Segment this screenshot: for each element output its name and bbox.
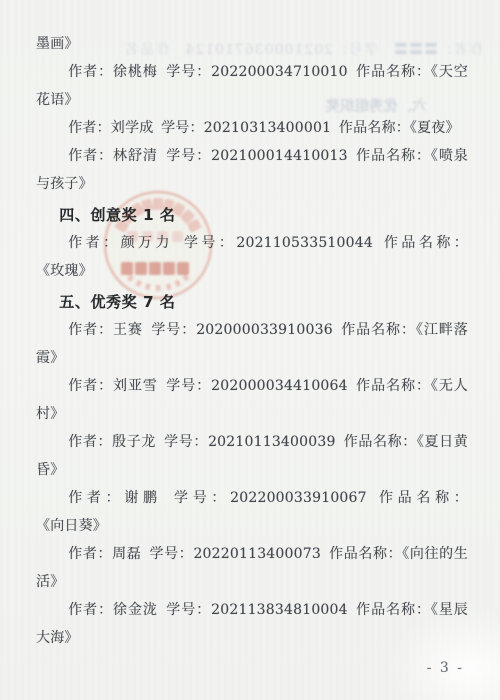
work-title-value: 《夏夜》 [410,120,460,136]
work-title-label: 作品名称： [355,64,430,80]
document-body: 墨画》作者：徐桃梅学号：202200034710010作品名称：《天空花语》作者… [36,30,468,652]
author-name: 刘亚雪 [113,378,158,394]
author-label: 作者： [68,235,120,251]
author-label: 作者： [68,602,113,618]
work-title-label: 作品名称： [355,602,430,618]
section-heading: 五、优秀奖 7 名 [36,288,468,316]
award-entry: 作者：殷子龙学号：20210113400039作品名称：《夏日黄昏》 [36,428,468,484]
author-name: 刘学成 [111,120,154,136]
author-name: 颜万力 [121,235,173,251]
award-entry: 作者：刘学成学号：20210313400001作品名称：《夏夜》 [36,114,468,142]
scanned-document-page: 作者：〓〓〓 学号：202100036710124 作品名 六、优秀组织奖 [0,0,500,700]
work-title-label: 作品名称： [339,120,410,136]
award-entry: 作者：林舒清学号：202100014410013作品名称：《喷泉与孩子》 [36,142,468,198]
author-name: 殷子龙 [112,434,156,450]
author-name: 谢鹏 [124,490,161,506]
author-name: 王赛 [113,322,143,338]
student-id-value: 202000033910036 [196,322,333,338]
award-entry: 作者：周磊学号：20220113400073作品名称：《向往的生活》 [36,540,468,596]
student-id-value: 202100014410013 [211,148,348,164]
author-name: 徐桃梅 [113,64,158,80]
author-name: 周磊 [112,546,141,562]
award-entry: 作者：谢鹏学号：202200033910067作品名称：《向日葵》 [36,484,468,540]
student-id-value: 20210313400001 [204,120,332,136]
student-id-label: 学号： [161,120,204,136]
student-id-value: 202110533510044 [236,235,373,251]
work-title-value: 《向日葵》 [36,518,107,534]
student-id-label: 学号： [166,378,212,394]
award-entry: 作者：徐桃梅学号：202200034710010作品名称：《天空花语》 [36,58,468,114]
work-title-label: 作品名称： [355,148,430,164]
student-id-value: 20210113400039 [208,434,336,450]
section-heading: 四、创意奖 1 名 [36,201,468,229]
work-title-label: 作品名称： [343,434,417,450]
award-entry: 作者：徐金泷学号：202113834810004作品名称：《星辰大海》 [36,596,468,652]
author-label: 作者： [68,378,113,394]
work-title-label: 作品名称： [374,490,468,506]
student-id-value: 202200034710010 [211,64,348,80]
student-id-label: 学号： [166,64,212,80]
work-title-value: 《玫瑰》 [36,263,93,279]
student-id-label: 学号： [166,602,212,618]
author-label: 作者： [68,322,113,338]
award-entry: 作者：刘亚雪学号：202000034410064作品名称：《无人村》 [36,372,468,428]
award-entry: 作者：颜万力学号：202110533510044作品名称：《玫瑰》 [36,229,468,285]
student-id-label: 学号： [151,322,197,338]
author-label: 作者： [68,490,124,506]
author-label: 作者： [68,64,113,80]
author-label: 作者： [68,120,111,136]
student-id-label: 学号： [149,546,193,562]
page-number: - 3 - [427,660,464,676]
student-id-value: 202000034410064 [211,378,348,394]
award-entry: 作者：王赛学号：202000033910036作品名称：《江畔落霞》 [36,316,468,372]
author-name: 林舒清 [113,148,158,164]
student-id-label: 学号： [164,434,208,450]
work-title-label: 作品名称： [329,546,403,562]
student-id-label: 学号： [181,235,237,251]
work-title-label: 作品名称： [340,322,415,338]
student-id-label: 学号： [166,148,212,164]
author-label: 作者： [68,434,112,450]
student-id-value: 202200033910067 [230,490,367,506]
work-title-label: 作品名称： [355,378,430,394]
author-label: 作者： [68,148,113,164]
student-id-value: 202113834810004 [211,602,348,618]
work-title-label: 作品名称： [381,235,468,251]
author-label: 作者： [68,546,112,562]
author-name: 徐金泷 [113,602,158,618]
carryover-work-title: 墨画》 [36,30,468,58]
student-id-label: 学号： [169,490,230,506]
student-id-value: 20220113400073 [193,546,321,562]
